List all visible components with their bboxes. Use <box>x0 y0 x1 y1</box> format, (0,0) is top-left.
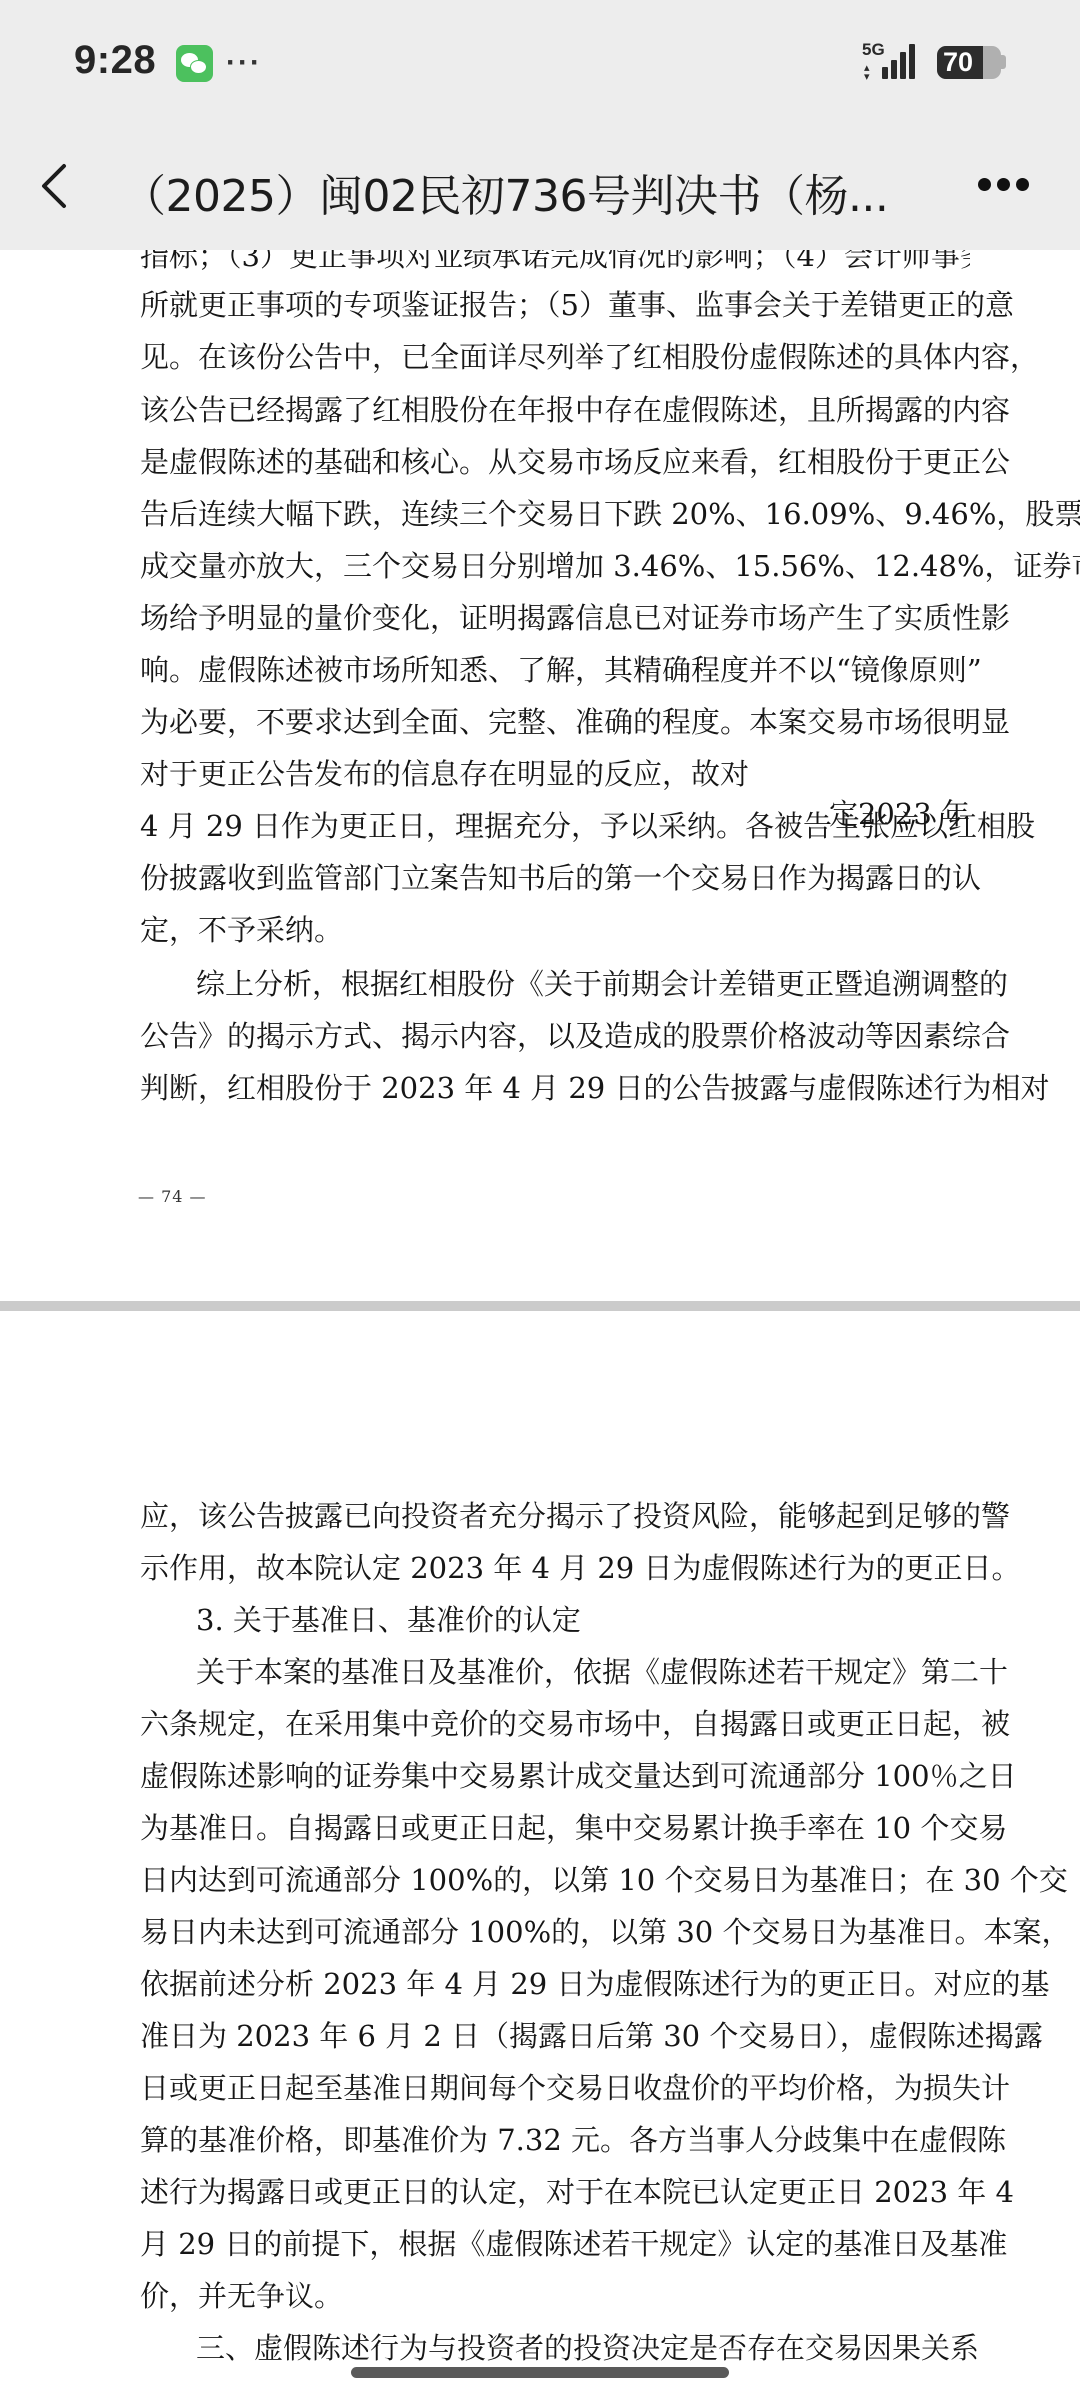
page-divider <box>0 1301 1080 1311</box>
text-line: 述行为揭露日或更正日的认定，对于在本院已认定更正日 2023 年 4 <box>140 2172 970 2212</box>
text-line: 易日内未达到可流通部分 100%的，以第 30 个交易日为基准日。本案， <box>140 1912 970 1952</box>
text-line: 份披露收到监管部门立案告知书后的第一个交易日作为揭露日的认 <box>140 858 970 898</box>
section-heading: 3. 关于基准日、基准价的认定 <box>196 1600 970 1640</box>
text-line: 4 月 29 日作为更正日，理据充分，予以采纳。各被告主张应以红相股 <box>140 806 970 846</box>
text-line: 判断，红相股份于 2023 年 4 月 29 日的公告披露与虚假陈述行为相对 <box>140 1068 970 1108</box>
battery-percent: 70 <box>943 47 973 78</box>
text-line-partially-obscured: 对于更正公告发布的信息存在明显的反应，故对定2023 年 <box>140 754 970 794</box>
text-line: 是虚假陈述的基础和核心。从交易市场反应来看，红相股份于更正公 <box>140 442 970 482</box>
text-line: 准日为 2023 年 6 月 2 日（揭露日后第 30 个交易日），虚假陈述揭露 <box>140 2016 970 2056</box>
text-line: 六条规定，在采用集中竞价的交易市场中，自揭露日或更正日起，被 <box>140 1704 970 1744</box>
text-line: 综上分析，根据红相股份《关于前期会计差错更正暨追溯调整的 <box>196 964 970 1004</box>
text-line: 定，不予采纳。 <box>140 910 970 950</box>
status-time: 9:28 <box>74 38 156 83</box>
section-heading: 三、虚假陈述行为与投资者的投资决定是否存在交易因果关系 <box>196 2328 931 2368</box>
text-line: 依据前述分析 2023 年 4 月 29 日为虚假陈述行为的更正日。对应的基 <box>140 1964 970 2004</box>
battery-tip <box>1001 55 1006 69</box>
back-button[interactable] <box>34 160 74 212</box>
text-line: 应，该公告披露已向投资者充分揭示了投资风险，能够起到足够的警 <box>140 1496 970 1536</box>
battery-icon: 70 <box>937 46 1001 79</box>
text-line: 日内达到可流通部分 100%的，以第 10 个交易日为基准日；在 30 个交 <box>140 1860 970 1900</box>
text-line: 该公告已经揭露了红相股份在年报中存在虚假陈述，且所揭露的内容 <box>140 390 970 430</box>
text-line: 价，并无争议。 <box>140 2276 970 2316</box>
text-line: 所就更正事项的专项鉴证报告；（5）董事、监事会关于差错更正的意 <box>140 285 970 325</box>
text-line: 公告》的揭示方式、揭示内容，以及造成的股票价格波动等因素综合 <box>140 1016 970 1056</box>
text-segment: 对于更正公告发布的信息存在明显的反应，故对 <box>140 757 749 791</box>
data-transfer-icon: ▴▾ <box>864 63 870 81</box>
text-line: 关于本案的基准日及基准价，依据《虚假陈述若干规定》第二十 <box>196 1652 970 1692</box>
wechat-icon <box>176 45 213 82</box>
text-line: 日或更正日起至基准日期间每个交易日收盘价的平均价格，为损失计 <box>140 2068 970 2108</box>
text-line: 响。虚假陈述被市场所知悉、了解，其精确程度并不以“镜像原则” <box>140 650 970 690</box>
text-line: 见。在该份公告中，已全面详尽列举了红相股份虚假陈述的具体内容， <box>140 337 970 377</box>
obscured-gap <box>749 761 979 791</box>
text-line: 示作用，故本院认定 2023 年 4 月 29 日为虚假陈述行为的更正日。 <box>140 1548 970 1588</box>
document-page-75: 应，该公告披露已向投资者充分揭示了投资风险，能够起到足够的警 示作用，故本院认定… <box>0 1311 1080 2400</box>
text-line: 虚假陈述影响的证券集中交易累计成交量达到可流通部分 100％之日 <box>140 1756 970 1796</box>
home-indicator[interactable] <box>351 2367 729 2378</box>
top-bar: 9:28 ··· 5G ▴▾ 70 （2025）闽02民初736号判决书（杨..… <box>0 0 1080 250</box>
text-line: 告后连续大幅下跌，连续三个交易日下跌 20%、16.09%、9.46%，股票 <box>140 494 970 534</box>
document-title: （2025）闽02民初736号判决书（杨... <box>122 160 912 224</box>
text-line: 成交量亦放大，三个交易日分别增加 3.46%、15.56%、12.48%，证券市 <box>140 546 970 586</box>
text-line: 场给予明显的量价变化，证明揭露信息已对证券市场产生了实质性影 <box>140 598 970 638</box>
signal-strength-icon <box>878 44 920 79</box>
more-options-button[interactable] <box>976 172 1032 196</box>
text-line: 算的基准价格，即基准价为 7.32 元。各方当事人分歧集中在虚假陈 <box>140 2120 970 2160</box>
text-line: 为基准日。自揭露日或更正日起，集中交易累计换手率在 10 个交易 <box>140 1808 970 1848</box>
text-line: 月 29 日的前提下，根据《虚假陈述若干规定》认定的基准日及基准 <box>140 2224 970 2264</box>
more-notifications-icon: ··· <box>226 46 262 80</box>
text-line: 为必要，不要求达到全面、完整、准确的程度。本案交易市场很明显 <box>140 702 970 742</box>
chevron-left-icon <box>34 160 74 212</box>
page-number: — 74 — <box>138 1187 207 1206</box>
document-page-74: 指标；（3）更正事项对业绩承诺完成情况的影响；（4）会计师事务 所就更正事项的专… <box>0 250 1080 1301</box>
